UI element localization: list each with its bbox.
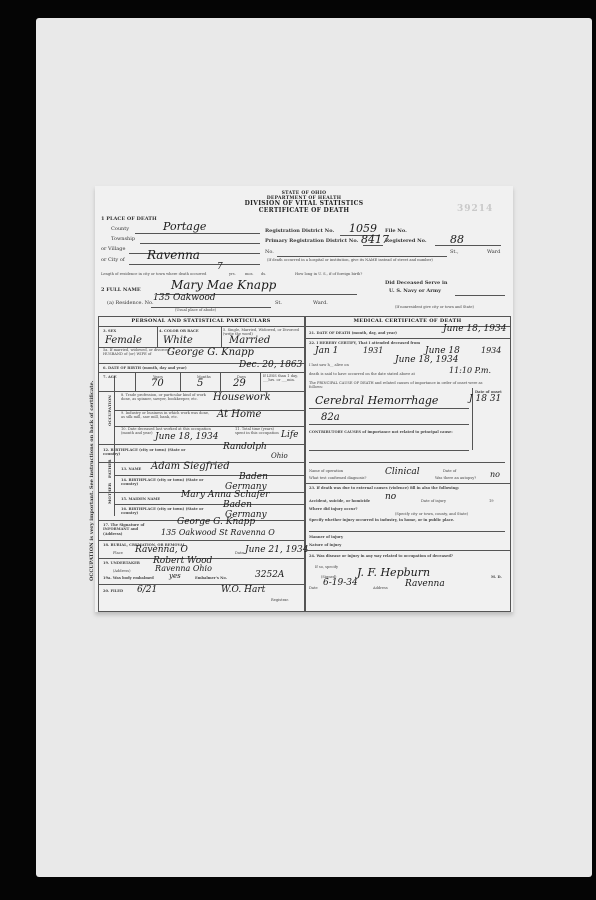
marital-value: Married [229,335,270,346]
nature-label: Nature of injury [309,543,341,547]
undertaker-label: 19. UNDERTAKER [103,561,140,565]
occupation-instruction-note: OCCUPATION is very important. See instru… [89,381,95,581]
total-time-label: 11. Total time (years) spent in this occ… [235,428,285,436]
filed-label: 20. FILED [103,589,123,593]
dod-value: June 18, 1934 [443,324,506,334]
total-time-value: Life [281,430,299,440]
registered-no-label: Registered No. [385,238,427,244]
accident-label: Accident, suicide, or homicide [309,499,370,503]
burial-place-value: Ravenna, O [135,545,188,555]
contributory-label: CONTRIBUTORY CAUSES of importance not re… [309,430,469,434]
occupation-side-label: OCCUPATION [107,395,112,426]
birthplace-state-value: Ohio [271,452,288,460]
embalmed-value: yes [169,572,181,580]
informant-address-value: 135 Oakwood St Ravenna O [161,528,275,537]
embalmer-no-value: 3252A [255,570,284,580]
occupation-label: 8. Trade profession, or particular kind … [121,394,211,402]
cause-onset-value: J 18 31 [469,394,501,404]
undertaker-address-value: Ravenna Ohio [155,564,212,573]
street-no-label: No. [265,249,274,255]
spouse-value: George G. Knapp [167,347,254,358]
certificate-title: CERTIFICATE OF DEATH [95,208,513,214]
foreign-birth-label: How long in U. S., if of foreign birth? [295,272,362,276]
injury-year: 19 [489,499,494,503]
md-label: M. D. [491,575,502,579]
city-label: or City of [101,257,125,263]
cause-code-value: 82a [321,412,340,423]
place-of-death-label: 1 PLACE OF DEATH [101,216,157,222]
undertaker-address-label: (Address) [113,569,131,573]
mother-name-label: 15. MAIDEN NAME [121,497,160,501]
navy-label: Did Deceased Serve in [385,280,447,286]
occupation-related-label: 24. Was disease or injury in any way rel… [309,554,453,558]
age-years-value: 70 [151,378,164,389]
street-label: St., [450,249,459,255]
informant-label: 17. The Signature of INFORMANT and (Addr… [103,523,158,536]
last-saw-label: I last saw h__ alive on [309,363,349,367]
informant-value: George G. Knapp [177,517,255,527]
registered-no-value: 88 [450,233,464,246]
mother-birthplace-label: 16. BIRTHPLACE (city or town) (State or … [121,507,211,516]
death-time-label: death is said to have occurred on the da… [309,372,415,376]
certificate-header: STATE OF OHIO DEPARTMENT OF HEALTH DIVIS… [95,192,513,214]
dod-label: 21. DATE OF DEATH (month, day, and year) [309,331,397,335]
occupation-value: Housework [213,392,271,403]
residence-length-value: 7 [217,262,223,272]
operation-label: Name of operation [309,469,343,473]
last-worked-value: June 18, 1934 [155,432,218,442]
mother-name-value: Mary Anna Schafer [181,490,269,500]
residence-ward-label: Ward. [313,300,328,306]
physician-address-label: Address [373,586,388,590]
last-saw-value: June 18, 1934 [395,355,458,365]
color-value: White [163,335,193,346]
industry-value: At Home [217,409,261,420]
embalmer-label: Embalmer's No. [195,576,227,580]
specify-label: Specify whether injury occurred in indus… [309,518,454,522]
industry-label: 9. Industry or business in which work wa… [121,412,211,420]
cause-label: The PRINCIPAL CAUSE OF DEATH and related… [309,381,489,390]
county-value: Portage [163,220,206,233]
accident-value: no [385,492,396,502]
manner-label: Manner of injury [309,535,343,539]
death-certificate: STATE OF OHIO DEPARTMENT OF HEALTH DIVIS… [95,186,513,612]
father-name-label: 13. NAME [121,467,141,471]
village-label: or Village [101,246,125,252]
if-so-label: If so, specify [315,565,338,569]
age-label: 7. AGE [103,375,117,379]
age-months-value: 5 [197,378,203,389]
color-label: 4. COLOR OR RACE [159,329,199,333]
full-name-label: 2 FULL NAME [101,287,141,293]
burial-date-label: Date [235,551,244,555]
sex-label: 3. SEX [103,329,116,333]
external-label: 23. If death was due to external causes … [309,486,504,490]
less-than-day-label: If LESS than 1 day, ___hrs. or ___min. [263,375,303,383]
filed-value: 6/21 [137,585,157,595]
attended-from-year: 1931 [363,346,383,355]
sign-date-label: Date [309,586,318,590]
residence-st-label: St. [275,300,282,306]
spouse-label: 5a. If married, widowed, or divorced HUS… [103,349,173,357]
certify-label: 22. I HEREBY CERTIFY, That I attended de… [309,341,420,345]
specify-note: (Specify city or town, county, and State… [395,512,468,516]
age-days-value: 29 [233,378,246,389]
diagnosis-label: What test confirmed diagnosis? [309,476,366,480]
embalmed-label: 19a. Was body embalmed [103,576,154,580]
ds-label: ds. [261,272,266,276]
attended-from-value: Jan 1 [315,346,338,356]
township-label: Township [111,236,135,242]
reg-district-label: Registration District No. [265,228,334,234]
father-birthplace-value: Baden [239,472,268,482]
physician-address-value: Ravenna [405,579,445,589]
dob-label: 6. DATE OF BIRTH (month, day and year) [103,366,187,370]
usual-abode-note: (Usual place of abode) [175,308,216,312]
county-label: County [111,226,129,232]
nonresident-note: (If nonresident give city or town and St… [395,305,474,309]
attended-to-year: 1934 [481,346,501,355]
birthplace-label: 12. BIRTHPLACE (city or town) (State or … [103,448,198,457]
file-number-stamp: 39214 [457,204,493,214]
city-value: Ravenna [147,248,200,262]
primary-reg-label: Primary Registration District No. [265,238,358,244]
physician-signature: J. F. Hepburn [357,566,430,579]
hospital-note: (If death occurred in a hospital or inst… [267,258,433,262]
diagnosis-value: Clinical [385,467,420,477]
registrar-signature: W.O. Hart [221,585,265,595]
operation-date-label: Date of [443,469,456,473]
mos-label: mos. [245,272,254,276]
autopsy-label: Was there an autopsy? [435,476,476,480]
sex-value: Female [105,335,142,346]
burial-date-value: June 21, 1934 [245,545,308,555]
mother-side-label: MOTHER [107,483,112,504]
injury-date-label: Date of injury [421,499,446,503]
death-time-value: 11:10 P.m. [449,366,491,375]
father-name-value: Adam Siegfried [151,461,230,472]
personal-section-title: PERSONAL AND STATISTICAL PARTICULARS [98,318,304,324]
ward-label: Ward [487,249,500,255]
dob-value: Dec. 20, 1863 [239,360,302,370]
residence-label: (a) Residence. No. [107,300,154,306]
where-label: Where did injury occur? [309,507,358,511]
cause-value: Cerebral Hemorrhage [315,394,438,407]
sign-date-value: 6-19-34 [323,578,358,588]
father-birthplace-label: 14. BIRTHPLACE (city or town) (State or … [121,478,211,487]
autopsy-value: no [490,470,500,479]
registrar-label: Registrar. [271,598,289,602]
navy-label-2: U. S. Navy or Army [389,288,441,294]
residence-length-label: Length of residence in city or town wher… [101,272,206,276]
birthplace-value: Randolph [223,442,267,452]
mother-birthplace-value: Baden [223,500,252,510]
burial-place-label: Place [113,551,123,555]
full-name-value: Mary Mae Knapp [171,278,276,292]
yrs-label: yrs. [229,272,236,276]
residence-value: 135 Oakwood [153,293,216,303]
